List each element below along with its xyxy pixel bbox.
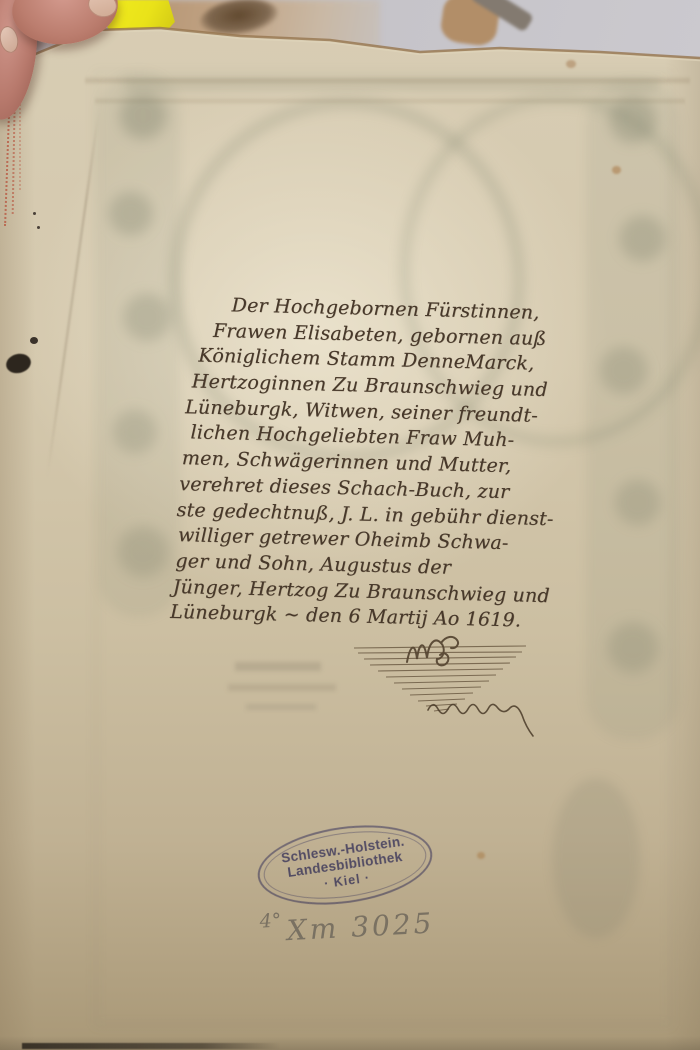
showthrough-printed-text (246, 704, 316, 710)
rust-stain (477, 852, 485, 859)
showthrough-ornament (552, 778, 640, 938)
showthrough-printed-text (235, 662, 321, 671)
signature-scrawl (426, 692, 538, 738)
ink-blot (4, 351, 33, 375)
paper-crease (46, 110, 100, 479)
ink-speck (37, 226, 40, 229)
ink-speck (33, 212, 36, 215)
rust-stain (612, 166, 621, 174)
book-page: Der Hochgebornen Fürstinnen, Frawen Elis… (0, 0, 700, 1050)
shelfmark-format: 4° (259, 909, 282, 932)
bottom-dark-strip (22, 1043, 280, 1049)
ink-blot-small (30, 337, 38, 344)
showthrough-printed-text (228, 684, 336, 691)
photo-of-book-page: Der Hochgebornen Fürstinnen, Frawen Elis… (0, 0, 700, 1050)
dedication-manuscript: Der Hochgebornen Fürstinnen, Frawen Elis… (170, 292, 559, 635)
